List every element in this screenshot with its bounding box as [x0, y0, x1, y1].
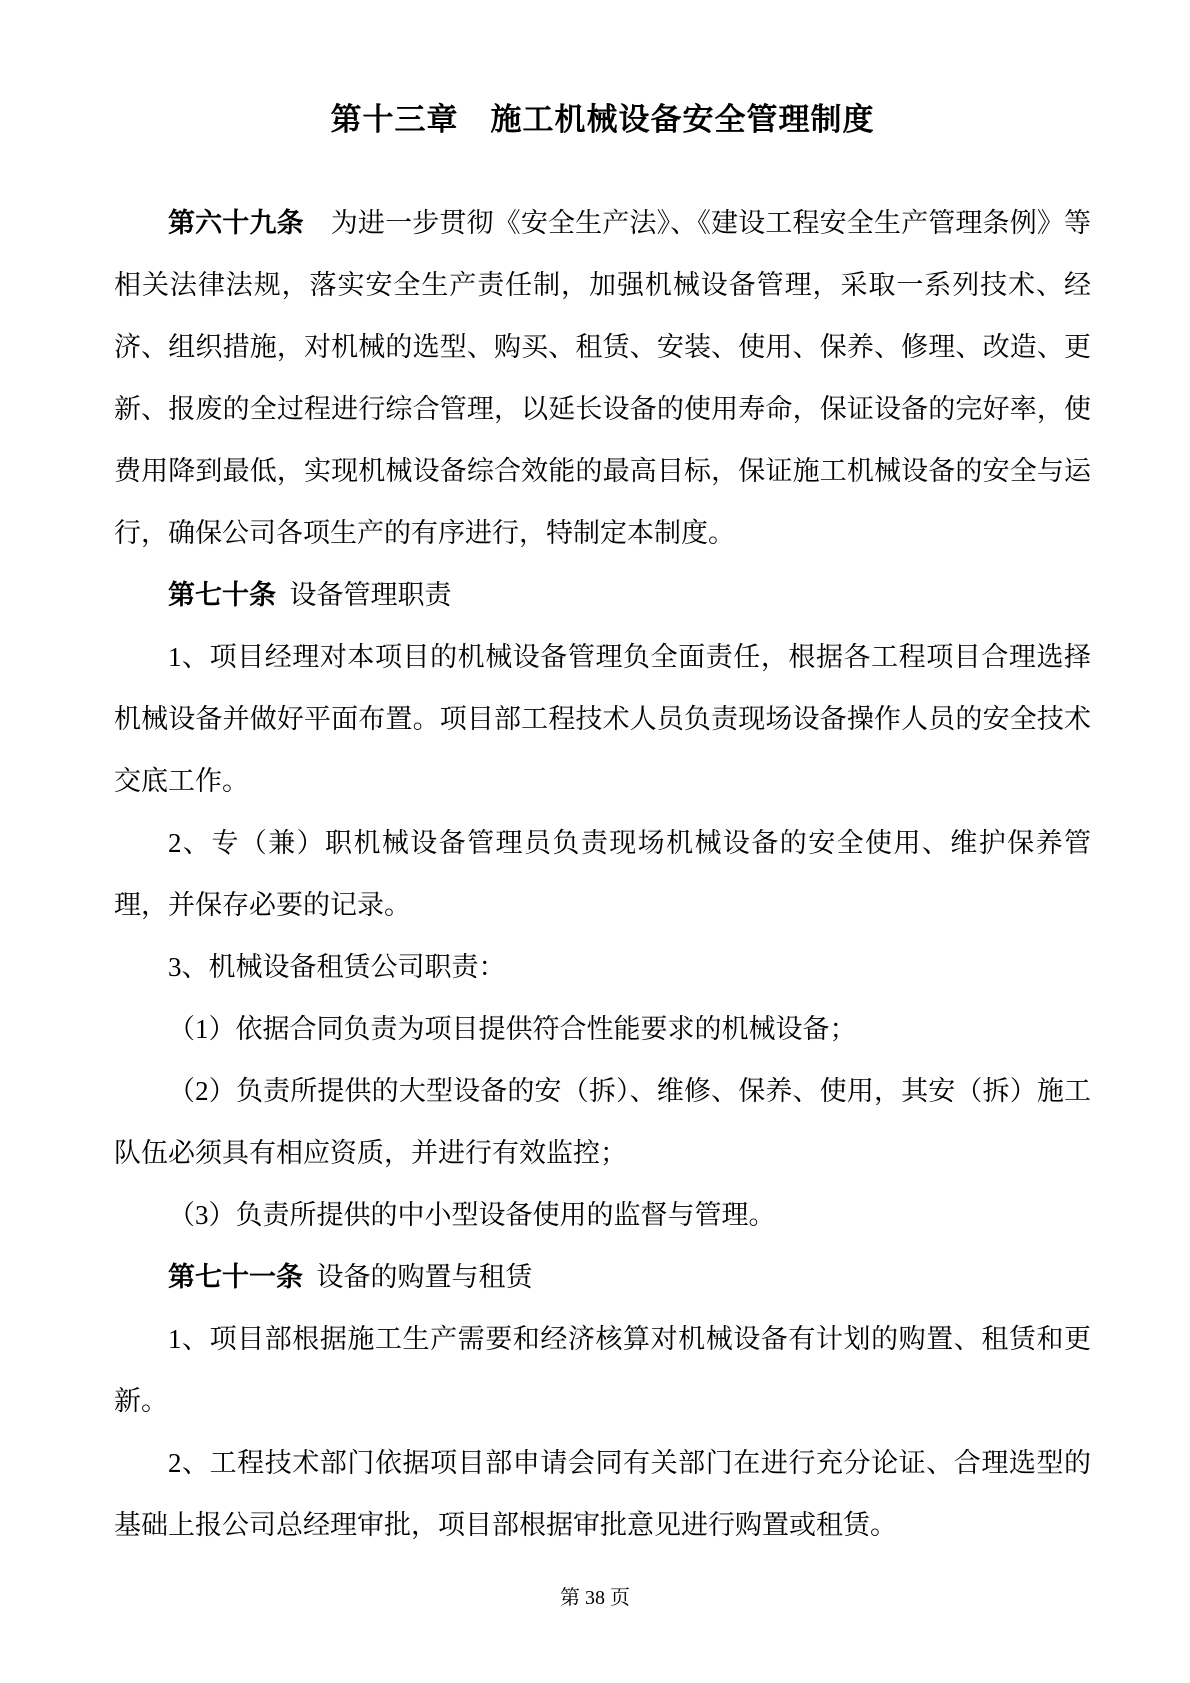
- page-footer: 第 38 页: [0, 1585, 1190, 1611]
- page-number: 第 38 页: [560, 1587, 630, 1609]
- paragraph-text: 2、专（兼）职机械设备管理员负责现场机械设备的安全使用、维护保养管理，并保存必要…: [114, 828, 1091, 920]
- paragraph-text: 设备的购置与租赁: [317, 1262, 533, 1292]
- paragraph-item-1: 1、项目经理对本项目的机械设备管理负全面责任，根据各工程项目合理选择机械设备并做…: [114, 626, 1091, 812]
- paragraph-article-70: 第七十条设备管理职责: [114, 564, 1091, 626]
- paragraph-text: 2、工程技术部门依据项目部申请会同有关部门在进行充分论证、合理选型的基础上报公司…: [114, 1448, 1091, 1540]
- article-number-71: 第七十一条: [168, 1262, 303, 1292]
- document-content: 第十三章 施工机械设备安全管理制度 第六十九条为进一步贯彻《安全生产法》、《建设…: [0, 0, 1190, 1556]
- paragraph-subitem-2: （2）负责所提供的大型设备的安（拆）、维修、保养、使用，其安（拆）施工队伍必须具…: [114, 1060, 1091, 1184]
- paragraph-text: （1）依据合同负责为项目提供符合性能要求的机械设备；: [168, 1014, 857, 1044]
- paragraph-text: 1、项目部根据施工生产需要和经济核算对机械设备有计划的购置、租赁和更新。: [114, 1324, 1091, 1416]
- article-number-69: 第六十九条: [168, 208, 304, 238]
- paragraph-text: （3）负责所提供的中小型设备使用的监督与管理。: [168, 1200, 776, 1230]
- paragraph-text: 1、项目经理对本项目的机械设备管理负全面责任，根据各工程项目合理选择机械设备并做…: [114, 642, 1091, 796]
- paragraph-text: 为进一步贯彻《安全生产法》、《建设工程安全生产管理条例》等相关法律法规，落实安全…: [114, 208, 1091, 548]
- chapter-title: 第十三章 施工机械设备安全管理制度: [114, 100, 1091, 140]
- article-number-70: 第七十条: [168, 580, 276, 610]
- paragraph-article-69: 第六十九条为进一步贯彻《安全生产法》、《建设工程安全生产管理条例》等相关法律法规…: [114, 192, 1091, 564]
- paragraph-text: 3、机械设备租赁公司职责：: [168, 952, 506, 982]
- paragraph-item-2b: 2、工程技术部门依据项目部申请会同有关部门在进行充分论证、合理选型的基础上报公司…: [114, 1432, 1091, 1556]
- paragraph-text: （2）负责所提供的大型设备的安（拆）、维修、保养、使用，其安（拆）施工队伍必须具…: [114, 1076, 1091, 1168]
- paragraph-item-3: 3、机械设备租赁公司职责：: [114, 936, 1091, 998]
- paragraph-subitem-3: （3）负责所提供的中小型设备使用的监督与管理。: [114, 1184, 1091, 1246]
- paragraph-subitem-1: （1）依据合同负责为项目提供符合性能要求的机械设备；: [114, 998, 1091, 1060]
- document-page: 第十三章 施工机械设备安全管理制度 第六十九条为进一步贯彻《安全生产法》、《建设…: [0, 0, 1190, 1683]
- paragraph-item-2: 2、专（兼）职机械设备管理员负责现场机械设备的安全使用、维护保养管理，并保存必要…: [114, 812, 1091, 936]
- paragraph-item-1b: 1、项目部根据施工生产需要和经济核算对机械设备有计划的购置、租赁和更新。: [114, 1308, 1091, 1432]
- paragraph-article-71: 第七十一条设备的购置与租赁: [114, 1246, 1091, 1308]
- paragraph-text: 设备管理职责: [290, 580, 452, 610]
